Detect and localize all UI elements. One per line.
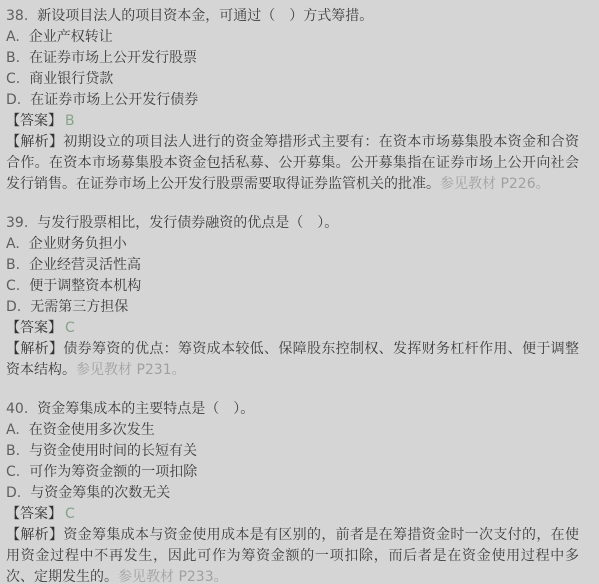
question-number: 38. [6,8,28,24]
option-label: B. [6,50,20,66]
question-stem-text: 与发行股票相比，发行债券融资的优点是（ ）。 [37,215,338,231]
answer-label: 【答案】 [6,320,62,336]
option-b: B.企业经营灵活性高 [6,255,579,276]
question-stem: 40.资金筹集成本的主要特点是（ ）。 [6,399,579,420]
option-a: A.企业财务负担小 [6,234,579,255]
option-label: B. [6,257,20,273]
answer-line: 【答案】C [6,504,579,525]
option-d: D.无需第三方担保 [6,297,579,318]
option-label: A. [6,236,20,252]
answer-label: 【答案】 [6,113,62,129]
analysis-label: 【解析】 [6,134,63,150]
option-label: A. [6,29,20,45]
question-stem-text: 新设项目法人的项目资本金，可通过（ ）方式筹措。 [37,8,373,24]
textbook-reference: 参见教材 P231。 [76,362,186,378]
textbook-reference: 参见教材 P226。 [440,176,550,192]
textbook-reference: 参见教材 P233。 [118,569,228,584]
option-text: 便于调整资本机构 [29,278,141,294]
analysis-label: 【解析】 [6,341,63,357]
option-b: B.与资金使用时间的长短有关 [6,441,579,462]
option-c: C.可作为筹资金额的一项扣除 [6,462,579,483]
question-39: 39.与发行股票相比，发行债券融资的优点是（ ）。 A.企业财务负担小 B.企业… [6,213,579,381]
answer-label: 【答案】 [6,506,62,522]
analysis-label: 【解析】 [6,527,63,543]
question-number: 40. [6,401,28,417]
answer-line: 【答案】C [6,318,579,339]
question-stem: 39.与发行股票相比，发行债券融资的优点是（ ）。 [6,213,579,234]
analysis-paragraph: 【解析】资金筹集成本与资金使用成本是有区别的，前者是在筹措资金时一次支付的，在使… [6,525,579,584]
option-c: C.商业银行贷款 [6,69,579,90]
option-a: A.企业产权转让 [6,27,579,48]
question-40: 40.资金筹集成本的主要特点是（ ）。 A.在资金使用多次发生 B.与资金使用时… [6,399,579,584]
option-c: C.便于调整资本机构 [6,276,579,297]
option-label: C. [6,71,20,87]
option-label: B. [6,443,20,459]
question-stem: 38.新设项目法人的项目资本金，可通过（ ）方式筹措。 [6,6,579,27]
option-label: A. [6,422,20,438]
option-text: 与资金使用时间的长短有关 [29,443,197,459]
answer-value: C [65,506,75,522]
option-text: 在证券市场上公开发行股票 [29,50,197,66]
option-text: 企业财务负担小 [29,236,127,252]
option-text: 与资金筹集的次数无关 [30,485,170,501]
answer-line: 【答案】B [6,111,579,132]
answer-value: B [65,113,75,129]
analysis-paragraph: 【解析】债券筹资的优点：筹资成本较低、保障股东控制权、发挥财务杠杆作用、便于调整… [6,339,579,381]
option-label: C. [6,464,20,480]
option-text: 在资金使用多次发生 [29,422,155,438]
option-text: 企业产权转让 [29,29,113,45]
analysis-paragraph: 【解析】初期设立的项目法人进行的资金筹措形式主要有：在资本市场募集股本资金和合资… [6,132,579,195]
option-text: 可作为筹资金额的一项扣除 [29,464,197,480]
option-label: C. [6,278,20,294]
answer-value: C [65,320,75,336]
option-label: D. [6,485,21,501]
option-b: B.在证券市场上公开发行股票 [6,48,579,69]
option-label: D. [6,92,21,108]
option-d: D.与资金筹集的次数无关 [6,483,579,504]
option-text: 无需第三方担保 [30,299,128,315]
option-text: 在证券市场上公开发行债券 [30,92,198,108]
option-d: D.在证券市场上公开发行债券 [6,90,579,111]
analysis-text: 资金筹集成本与资金使用成本是有区别的，前者是在筹措资金时一次支付的，在使用资金过… [6,527,579,584]
option-text: 企业经营灵活性高 [29,257,141,273]
exam-page: { "page": { "background_color": "#d5d5d5… [0,0,599,584]
option-label: D. [6,299,21,315]
option-text: 商业银行贷款 [29,71,113,87]
option-a: A.在资金使用多次发生 [6,420,579,441]
question-38: 38.新设项目法人的项目资本金，可通过（ ）方式筹措。 A.企业产权转让 B.在… [6,6,579,195]
question-stem-text: 资金筹集成本的主要特点是（ ）。 [37,401,254,417]
question-number: 39. [6,215,28,231]
